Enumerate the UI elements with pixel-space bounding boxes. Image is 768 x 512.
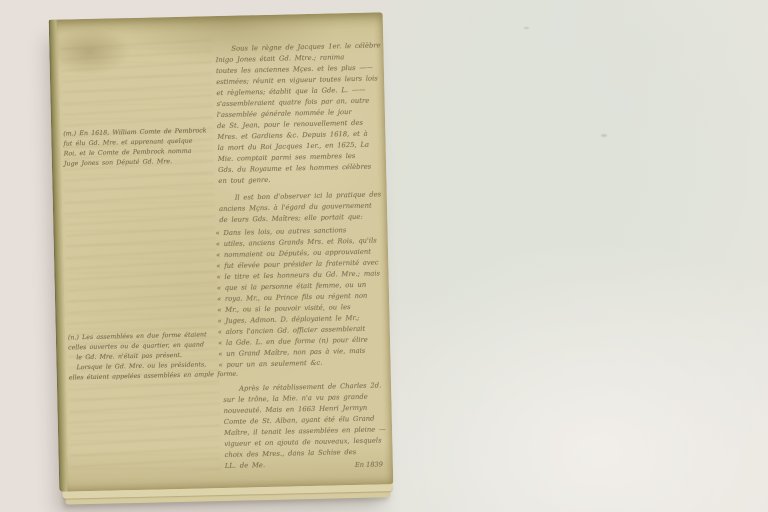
main-text: Sous le règne de Jacques 1er. le célèbre… <box>215 40 391 472</box>
paragraph-quoted: « Dans les lois, ou autres sanctions« ut… <box>215 224 388 371</box>
paragraph: Après le rétablissement de Charles 2d.su… <box>223 380 391 472</box>
show-through-writing <box>61 38 221 473</box>
paragraph: Il est bon d'observer ici la pratique de… <box>219 189 386 226</box>
photo-background: (m.) En 1618, William Comte de Pembrockf… <box>0 0 768 512</box>
handwritten-line: en tout genre. <box>218 172 384 187</box>
manuscript-page: (m.) En 1618, William Comte de Pembrockf… <box>49 12 394 491</box>
catchword: En 1839 <box>355 460 383 469</box>
margin-note-m: (m.) En 1618, William Comte de Pembrockf… <box>63 126 224 170</box>
dust-speck <box>601 134 607 137</box>
dust-speck <box>524 27 529 29</box>
manuscript-stack: (m.) En 1618, William Comte de Pembrockf… <box>49 12 394 491</box>
paragraph: Sous le règne de Jacques 1er. le célèbre… <box>215 40 384 187</box>
margin-note-n: (n.) Les assemblées en due forme étaient… <box>68 330 229 384</box>
